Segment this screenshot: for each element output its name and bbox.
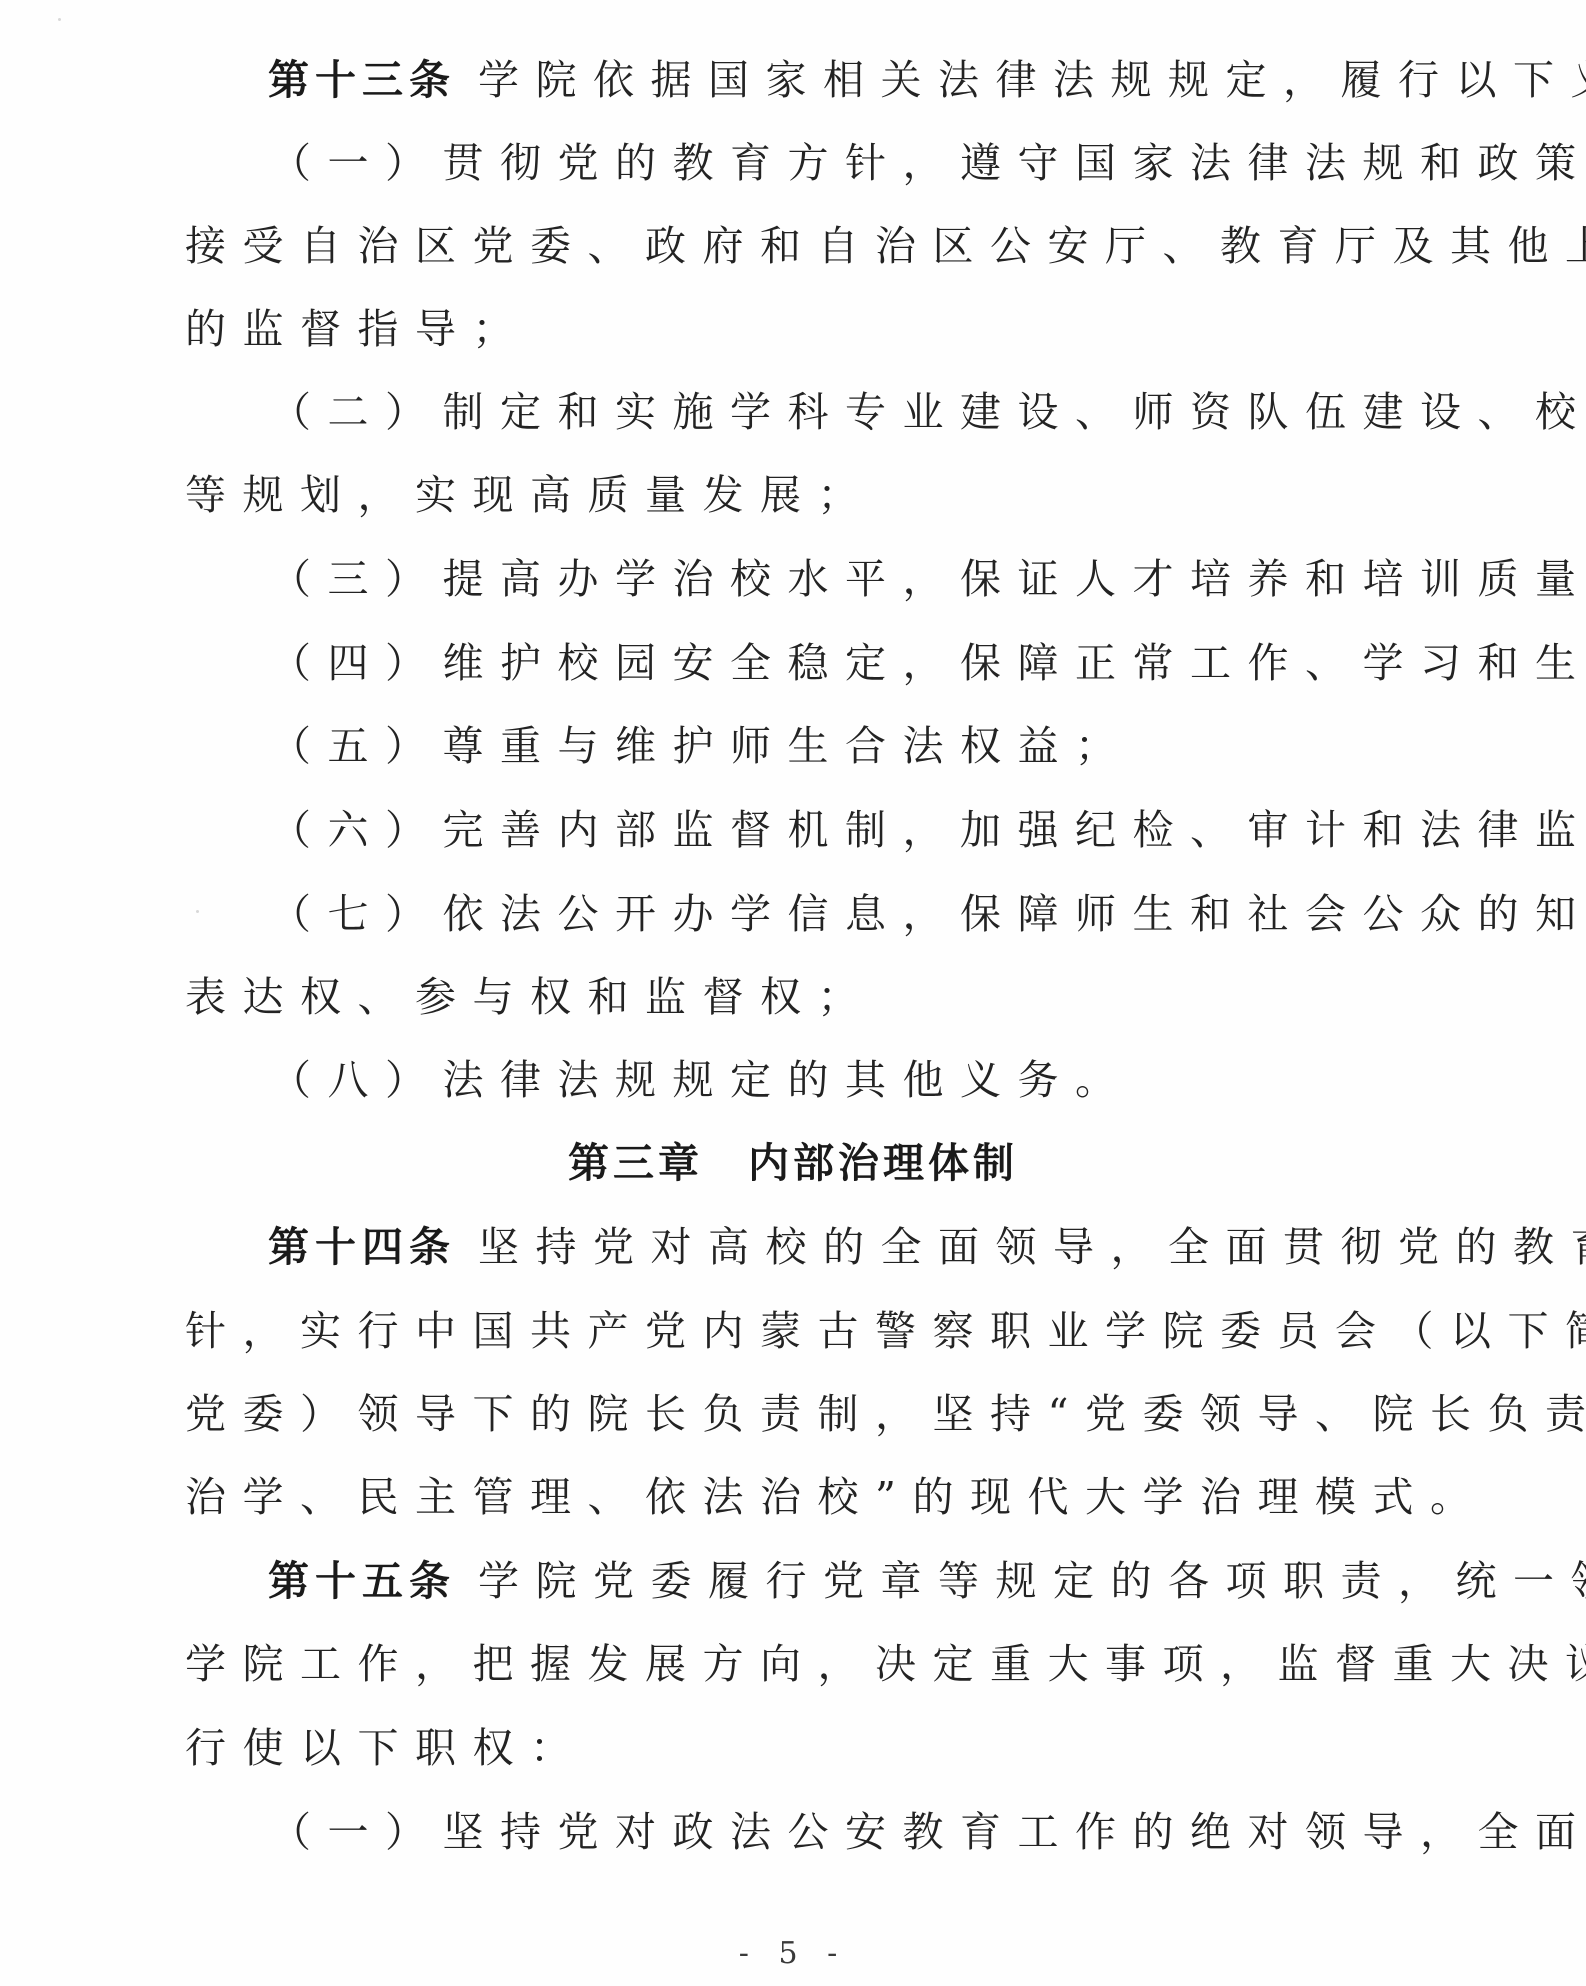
paragraph-text: 学院依据国家相关法律法规规定，履行以下义务： (478, 56, 1586, 104)
paragraph-line: 行使以下职权： (185, 1718, 1400, 1778)
page-number: - 5 - (0, 1936, 1586, 1971)
list-item-line: （三）提高办学治校水平，保证人才培养和培训质量； (270, 549, 1485, 609)
list-item-line: （七）依法公开办学信息，保障师生和社会公众的知情权、 (270, 884, 1485, 944)
paragraph-line: 接受自治区党委、政府和自治区公安厅、教育厅及其他上级部门 (185, 216, 1400, 276)
list-item-line: （二）制定和实施学科专业建设、师资队伍建设、校园建设 (270, 382, 1485, 442)
list-item-line: （一）坚持党对政法公安教育工作的绝对领导，全面贯彻执 (270, 1802, 1485, 1862)
list-item-line: （四）维护校园安全稳定，保障正常工作、学习和生活秩序； (270, 633, 1485, 693)
paragraph-text: （六）完善内部监督机制，加强纪检、审计和法律监督； (270, 806, 1586, 854)
article-14-heading-line: 第十四条坚持党对高校的全面领导，全面贯彻党的教育方 (268, 1217, 1483, 1277)
chapter-heading: 第三章 内部治理体制 (0, 1133, 1586, 1193)
paragraph-text: （八）法律法规规定的其他义务。 (270, 1056, 1133, 1104)
paragraph-text: 治学、民主管理、依法治校”的现代大学治理模式。 (185, 1473, 1487, 1521)
paragraph-text: 等规划，实现高质量发展； (185, 471, 875, 519)
paragraph-text: （五）尊重与维护师生合法权益； (270, 722, 1133, 770)
paragraph-text: 学院党委履行党章等规定的各项职责，统一领导 (478, 1557, 1586, 1605)
paragraph-text: （四）维护校园安全稳定，保障正常工作、学习和生活秩序； (270, 639, 1586, 687)
paragraph-line: 治学、民主管理、依法治校”的现代大学治理模式。 (185, 1467, 1400, 1527)
paragraph-text: （一）贯彻党的教育方针，遵守国家法律法规和政策，依法 (270, 139, 1586, 187)
document-page: 第十三条学院依据国家相关法律法规规定，履行以下义务： （一）贯彻党的教育方针，遵… (0, 0, 1586, 1986)
paragraph-text: 针，实行中国共产党内蒙古警察职业学院委员会（以下简称学院 (185, 1307, 1586, 1355)
paragraph-text: 行使以下职权： (185, 1724, 588, 1772)
paragraph-text: 表达权、参与权和监督权； (185, 973, 875, 1021)
paragraph-text: 接受自治区党委、政府和自治区公安厅、教育厅及其他上级部门 (185, 222, 1586, 270)
paragraph-text: （七）依法公开办学信息，保障师生和社会公众的知情权、 (270, 890, 1586, 938)
article-number: 第十三条 (268, 56, 456, 104)
paragraph-text: （二）制定和实施学科专业建设、师资队伍建设、校园建设 (270, 388, 1586, 436)
paragraph-text: 学院工作，把握发展方向，决定重大事项，监督重大决议执行， (185, 1640, 1586, 1688)
article-number: 第十四条 (268, 1223, 456, 1271)
article-number: 第十五条 (268, 1557, 456, 1605)
paragraph-text: 坚持党对高校的全面领导，全面贯彻党的教育方 (478, 1223, 1586, 1271)
article-13-heading-line: 第十三条学院依据国家相关法律法规规定，履行以下义务： (268, 50, 1483, 110)
paragraph-line: 针，实行中国共产党内蒙古警察职业学院委员会（以下简称学院 (185, 1301, 1400, 1361)
article-15-heading-line: 第十五条学院党委履行党章等规定的各项职责，统一领导 (268, 1551, 1483, 1611)
paragraph-line: 的监督指导； (185, 299, 1400, 359)
list-item-line: （一）贯彻党的教育方针，遵守国家法律法规和政策，依法 (270, 133, 1485, 193)
scan-speck (196, 910, 199, 913)
paragraph-line: 党委）领导下的院长负责制，坚持“党委领导、院长负责、教授 (185, 1384, 1400, 1444)
paragraph-line: 等规划，实现高质量发展； (185, 465, 1400, 525)
paragraph-text: 党委）领导下的院长负责制，坚持“党委领导、院长负责、教授 (185, 1390, 1586, 1438)
list-item-line: （八）法律法规规定的其他义务。 (270, 1050, 1485, 1110)
scan-speck (58, 18, 61, 21)
paragraph-text: （三）提高办学治校水平，保证人才培养和培训质量； (270, 555, 1586, 603)
paragraph-line: 学院工作，把握发展方向，决定重大事项，监督重大决议执行， (185, 1634, 1400, 1694)
list-item-line: （六）完善内部监督机制，加强纪检、审计和法律监督； (270, 800, 1485, 860)
paragraph-text: 的监督指导； (185, 305, 530, 353)
paragraph-line: 表达权、参与权和监督权； (185, 967, 1400, 1027)
list-item-line: （五）尊重与维护师生合法权益； (270, 716, 1485, 776)
paragraph-text: （一）坚持党对政法公安教育工作的绝对领导，全面贯彻执 (270, 1808, 1586, 1856)
